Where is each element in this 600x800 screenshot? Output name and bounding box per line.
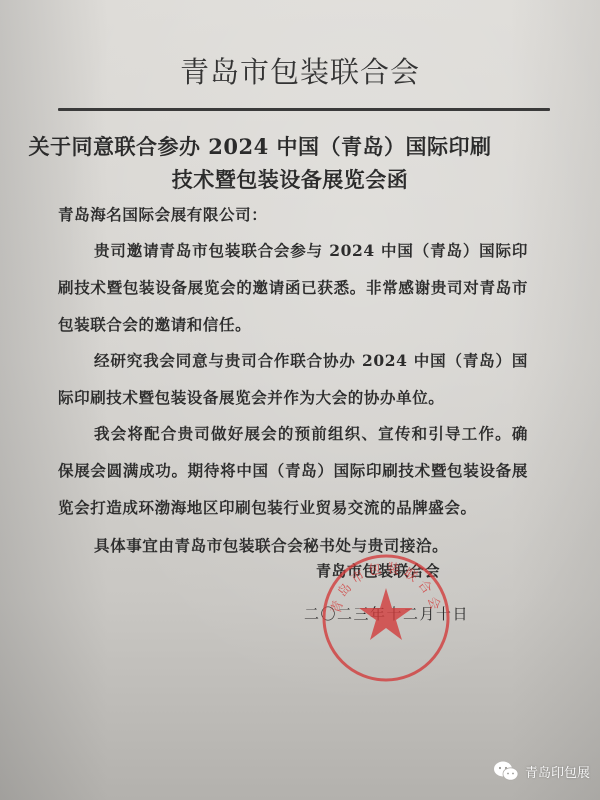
document-title-line1: 关于同意联合参办 2024 中国（青岛）国际印刷 (0, 131, 560, 161)
letterhead-org-name: 青岛市包装联合会 (0, 50, 600, 91)
paragraph-1: 贵司邀请青岛市包装联合会参与 2024 中国（青岛）国际印刷技术暨包装设备展览会… (58, 232, 528, 343)
paragraph-3: 我会将配合贵司做好展会的预前组织、宣传和引导工作。确保展会圆满成功。期待将中国（… (58, 415, 528, 526)
wechat-icon (493, 760, 519, 782)
document-title-line2: 技术暨包装设备展览会函 (0, 164, 590, 194)
paragraph-2: 经研究我会同意与贵司合作联合协办 2024 中国（青岛）国际印刷技术暨包装设备展… (58, 342, 528, 416)
red-star-seal-icon: 青岛市包装联合会 (320, 552, 452, 684)
watermark-label: 青岛印包展 (525, 762, 590, 781)
paragraph-4: 具体事宜由青岛市包装联合会秘书处与贵司接洽。 (58, 527, 528, 564)
salutation: 青岛海名国际会展有限公司： (58, 196, 528, 233)
letterhead-divider (58, 108, 550, 111)
account-watermark: 青岛印包展 (493, 760, 590, 782)
